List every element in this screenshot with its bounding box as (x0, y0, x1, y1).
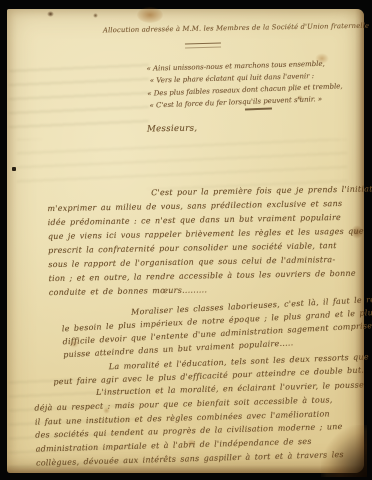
paragraph-2: Moraliser les classes laborieuses, c'est… (61, 291, 372, 362)
title-flourish-rule (185, 43, 221, 49)
salutation: Messieurs, (147, 124, 197, 135)
paragraph-1: C'est pour la première fois que je prend… (47, 182, 372, 300)
foxing-stain (137, 7, 163, 23)
verso-showthrough-smudge (9, 59, 149, 129)
verso-showthrough-smudge (17, 139, 347, 189)
document-title: Allocution adressée à M.M. les Membres d… (103, 22, 369, 35)
verse-end-flourish (245, 108, 272, 111)
epigraph-verse: « Ainsi unissons-nous et marchons tous e… (146, 57, 343, 110)
paper-corner-damage (321, 425, 367, 477)
paper-bottom-shadow-edge (7, 465, 364, 473)
paper-right-burnt-edge (355, 9, 364, 473)
manuscript-page: Allocution adressée à M.M. les Membres d… (7, 9, 364, 473)
ink-speck (12, 167, 16, 171)
foxing-stain (47, 11, 54, 17)
foxing-stain (93, 13, 98, 18)
scanned-manuscript: Allocution adressée à M.M. les Membres d… (0, 0, 372, 480)
paragraph-4: L'instruction et la moralité, en éclaira… (34, 378, 366, 470)
